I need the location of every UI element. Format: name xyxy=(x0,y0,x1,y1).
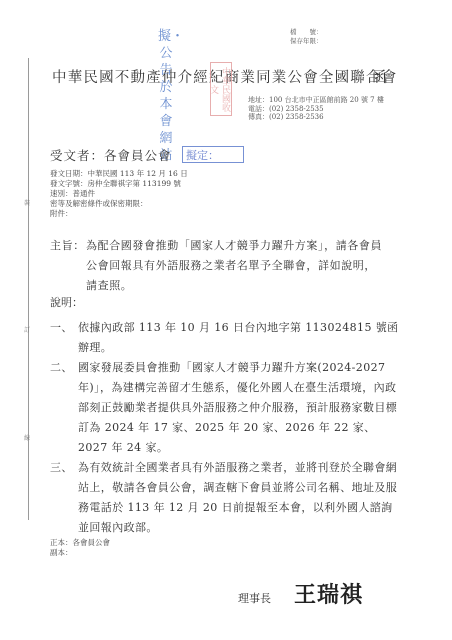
document-type: 函 xyxy=(372,66,387,87)
issue-date: 發文日期：中華民國 113 年 12 月 16 日 xyxy=(50,169,188,179)
speed: 速別：普通件 xyxy=(50,189,188,199)
explanation-label: 說明： xyxy=(50,294,83,310)
signature-title: 理事長 xyxy=(238,590,271,606)
item-text: 依據內政部 113 年 10 月 16 日台內地字第 113024815 號函辦… xyxy=(78,318,400,358)
binding-mark-xian: 線 xyxy=(24,433,30,442)
issue-info: 發文日期：中華民國 113 年 12 月 16 日 發文字號：房仲全聯祺字第 1… xyxy=(50,169,188,219)
item-text: 國家發展委員會推動「國家人才競爭力躍升方案(2024-2027年)」，為建構完善… xyxy=(78,358,400,458)
binding-mark-ding: 訂 xyxy=(24,325,30,334)
subject-label: 主旨： xyxy=(50,236,86,256)
address: 地址：100 台北市中正區館前路 20 號 7 樓 xyxy=(248,96,384,105)
distribution: 正本：各會員公會 副本： xyxy=(50,538,110,558)
item-number: 一、 xyxy=(50,318,78,358)
explanation-item: 三、 為有效統計全國業者具有外語服務之業者，並將刊登於全聯會網站上，敬請各會員公… xyxy=(50,458,400,538)
blue-handwritten-annotation: 擬・公告於本會網站 xyxy=(158,28,174,164)
secrecy: 密等及解密條件或保密期限： xyxy=(50,199,188,209)
blue-draft-stamp: 擬定： xyxy=(182,146,244,163)
phone: 電話：(02) 2358-2535 xyxy=(248,105,384,114)
contact-info: 地址：100 台北市中正區館前路 20 號 7 樓 電話：(02) 2358-2… xyxy=(248,96,384,122)
file-meta: 檔 號： 保存年限： xyxy=(290,28,323,46)
binding-line xyxy=(28,58,29,520)
explanation-item: 一、 依據內政部 113 年 10 月 16 日台內地字第 113024815 … xyxy=(50,318,400,358)
signature-name: 王瑞祺 xyxy=(294,578,363,609)
red-receipt-seal: 中華民國收文 xyxy=(210,62,232,116)
file-number-label: 檔 號： xyxy=(290,28,323,37)
item-text: 為有效統計全國業者具有外語服務之業者，並將刊登於全聯會網站上，敬請各會員公會，調… xyxy=(78,458,400,538)
subject-line-3: 請查照。 xyxy=(50,276,400,296)
recipient: 受文者：各會員公會 xyxy=(50,146,172,164)
item-number: 二、 xyxy=(50,358,78,458)
copy-recipient: 副本： xyxy=(50,548,110,558)
issue-number: 發文字號：房仲全聯祺字第 113199 號 xyxy=(50,179,188,189)
fax: 傳真：(02) 2358-2536 xyxy=(248,113,384,122)
explanation-item: 二、 國家發展委員會推動「國家人才競爭力躍升方案(2024-2027年)」，為建… xyxy=(50,358,400,458)
explanation-items: 一、 依據內政部 113 年 10 月 16 日台內地字第 113024815 … xyxy=(50,318,400,538)
subject: 主旨：為配合國發會推動「國家人才競爭力躍升方案」，請各會員 公會回報具有外語服務… xyxy=(50,236,400,296)
subject-line-1: 為配合國發會推動「國家人才競爭力躍升方案」，請各會員 xyxy=(86,239,382,252)
attachment: 附件： xyxy=(50,209,188,219)
original-recipient: 正本：各會員公會 xyxy=(50,538,110,548)
binding-mark-zhuang: 裝 xyxy=(24,198,30,207)
item-number: 三、 xyxy=(50,458,78,538)
retention-label: 保存年限： xyxy=(290,37,323,46)
subject-line-2: 公會回報具有外語服務之業者名單予全聯會，詳如說明， xyxy=(50,256,400,276)
